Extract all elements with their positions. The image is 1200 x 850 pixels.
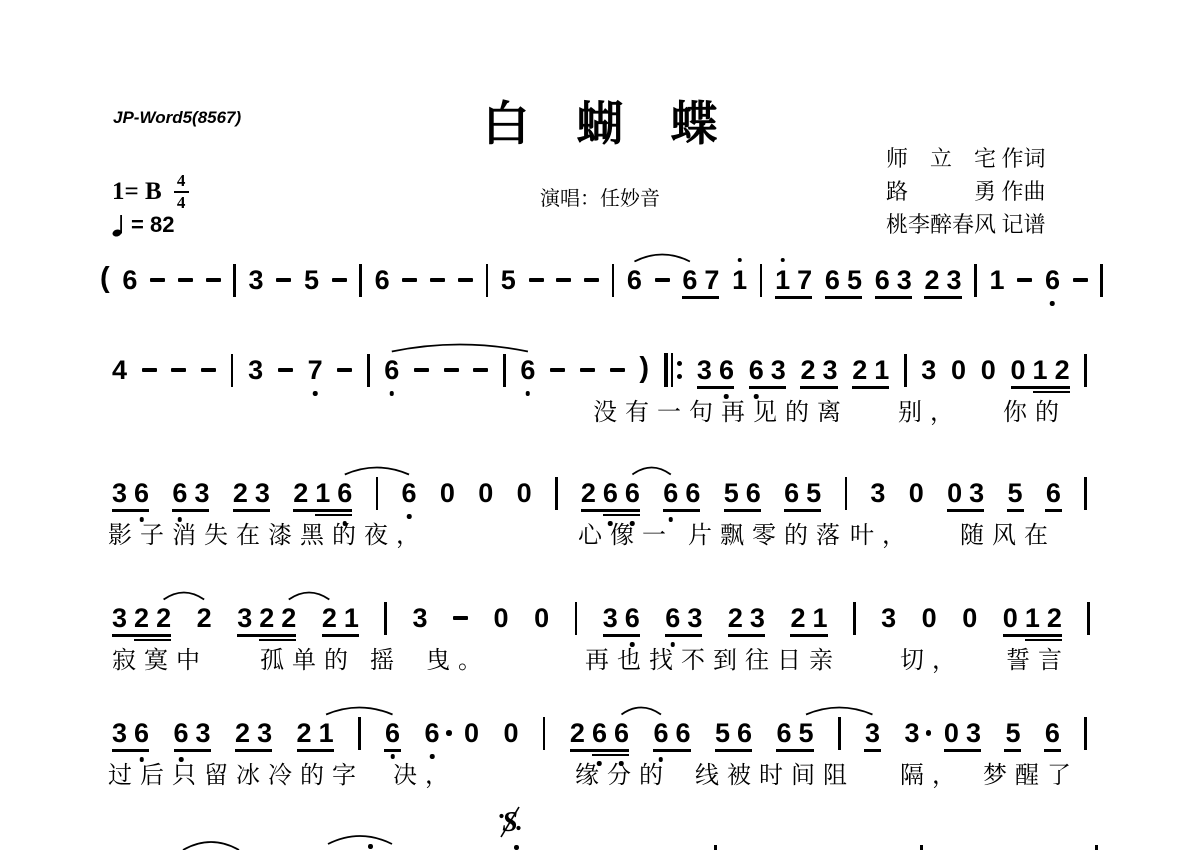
barline	[543, 717, 546, 750]
note: 3	[248, 357, 263, 384]
note: 6	[625, 480, 640, 507]
music-line-5: 366323216600266665665330356	[112, 715, 1087, 751]
note: 3	[881, 605, 896, 632]
note: 2	[1055, 357, 1070, 384]
repeat-thin-bar	[671, 353, 673, 387]
beam	[112, 749, 149, 752]
beam	[728, 634, 765, 637]
duration-dash	[332, 278, 347, 282]
note: 3	[112, 480, 127, 507]
beamed-group: 66	[663, 480, 700, 507]
beam	[1011, 386, 1070, 389]
beam	[570, 749, 629, 752]
note: 0	[494, 605, 509, 632]
duration-dash	[142, 368, 157, 372]
note: 2	[790, 605, 805, 632]
note: 2	[293, 480, 308, 507]
lyrics-segment: 摇	[370, 640, 402, 675]
note: 6	[384, 357, 399, 384]
beam	[924, 296, 961, 299]
note: 6	[653, 720, 668, 747]
note: 1	[315, 480, 330, 507]
note: 3	[771, 357, 786, 384]
note: 5	[304, 267, 319, 294]
lyrics-segment: 孤单的	[260, 640, 356, 675]
duration-dash	[584, 278, 599, 282]
note: 0	[962, 605, 977, 632]
beamed-group: 65	[784, 480, 821, 507]
note: 6	[134, 720, 149, 747]
note: 6	[665, 605, 680, 632]
note: 1	[732, 267, 747, 294]
note: 2	[281, 605, 296, 632]
beam	[112, 634, 171, 637]
note: 2	[728, 605, 743, 632]
barline	[231, 354, 234, 387]
lyrics-segment: 片飘零的落	[688, 515, 848, 550]
note: 1	[813, 605, 828, 632]
repeat-start-sign	[664, 353, 683, 387]
barline	[503, 354, 506, 387]
beamed-group: 21	[790, 605, 827, 632]
note: 1	[1025, 605, 1040, 632]
repeat-dot	[677, 374, 682, 379]
note: 5	[847, 267, 862, 294]
beamed-group: 012	[1011, 357, 1070, 384]
note: 2	[570, 720, 585, 747]
note: 6	[614, 720, 629, 747]
slur	[806, 708, 872, 715]
duration-dash	[556, 278, 571, 282]
note: 0	[951, 357, 966, 384]
note: 5	[724, 480, 739, 507]
parenthesis: )	[639, 354, 649, 383]
sheet-music-page: JP-Word5(8567) 白 蝴 蝶 演唱：任妙音 师 立 宅 作词路 勇 …	[0, 0, 1200, 850]
note: 3	[697, 357, 712, 384]
note: 3	[237, 605, 252, 632]
duration-dash	[337, 368, 352, 372]
slur	[632, 468, 670, 475]
lyrics-segment: 梦醒了	[983, 755, 1079, 790]
note: 3	[904, 720, 919, 747]
beam	[852, 386, 889, 389]
note: 2	[924, 267, 939, 294]
duration-dash	[201, 368, 216, 372]
music-line-4: 32223222130036632321300012	[112, 600, 1090, 636]
lyrics-segment: 誓言	[1006, 640, 1070, 675]
note: 3	[897, 267, 912, 294]
note: 2	[322, 605, 337, 632]
repeat-dot	[677, 361, 682, 366]
octave-low-dot	[1050, 301, 1055, 306]
barline	[376, 477, 379, 510]
lyrics-segment: 你的	[1003, 392, 1067, 427]
lyrics-segment: 随风在	[960, 515, 1056, 550]
slur	[289, 593, 330, 600]
note: 2	[259, 605, 274, 632]
duration-dash	[473, 368, 488, 372]
note: 6	[337, 480, 352, 507]
beam	[653, 749, 690, 752]
barline	[904, 354, 907, 387]
barline	[233, 264, 236, 297]
augmentation-dot	[926, 730, 932, 736]
note: 3	[750, 605, 765, 632]
lyrics-segment: 没有一句再见的离	[593, 392, 849, 427]
beamed-group: 23	[233, 480, 270, 507]
lyrics-segment: 线被时间阻	[695, 755, 855, 790]
note: 3	[257, 720, 272, 747]
beamed-group: 65	[776, 720, 813, 747]
beamed-group: 03	[947, 480, 984, 507]
tempo-value: = 82	[131, 212, 174, 238]
slur	[621, 708, 660, 715]
beamed-group: 266	[570, 720, 629, 747]
duration-dash	[171, 368, 186, 372]
note: 0	[517, 480, 532, 507]
tempo-marking: = 82	[112, 212, 174, 238]
note: 3	[112, 605, 127, 632]
duration-dash	[206, 278, 221, 282]
augmentation-dot	[446, 730, 452, 736]
note: 3	[870, 480, 885, 507]
beamed-group: 63	[665, 605, 702, 632]
note: 2	[134, 605, 149, 632]
barline	[974, 264, 977, 297]
note: 3	[412, 605, 427, 632]
note: 7	[797, 267, 812, 294]
note: 2	[197, 605, 212, 632]
key-label: 1= B	[112, 178, 162, 206]
beamed-group: 66	[653, 720, 690, 747]
note: 3	[255, 480, 270, 507]
note: 2	[581, 480, 596, 507]
barline	[359, 264, 362, 297]
octave-dot-fragment	[514, 845, 519, 850]
barline	[1084, 354, 1087, 387]
barline	[845, 477, 848, 510]
beamed-group: 36	[697, 357, 734, 384]
note: 6	[746, 480, 761, 507]
note: 5	[799, 720, 814, 747]
beam	[174, 749, 211, 752]
octave-dot-fragment	[368, 844, 373, 849]
note: 6	[784, 480, 799, 507]
barline	[838, 717, 841, 750]
slur	[345, 468, 409, 475]
note: 2	[156, 605, 171, 632]
note: 0	[909, 480, 924, 507]
slur	[326, 708, 392, 715]
duration-dash	[610, 368, 625, 372]
note: 6	[385, 720, 400, 747]
note: 0	[947, 480, 962, 507]
beam	[235, 749, 272, 752]
note: 3	[194, 480, 209, 507]
note: 7	[704, 267, 719, 294]
note: 5	[806, 480, 821, 507]
barline	[612, 264, 615, 297]
note: 2	[800, 357, 815, 384]
parenthesis: (	[100, 264, 110, 293]
beamed-group: 36	[112, 480, 149, 507]
beam	[581, 509, 640, 512]
duration-dash	[150, 278, 165, 282]
beam	[682, 296, 719, 299]
octave-low-dot	[526, 391, 531, 396]
beamed-group: 56	[715, 720, 752, 747]
note: 6	[520, 357, 535, 384]
duration-dash	[1073, 278, 1088, 282]
note: 2	[235, 720, 250, 747]
barline	[367, 354, 370, 387]
note: 6	[875, 267, 890, 294]
note: 6	[134, 480, 149, 507]
duration-dash	[444, 368, 459, 372]
note: 6	[1046, 480, 1061, 507]
beam	[297, 749, 334, 752]
beamed-group: 23	[728, 605, 765, 632]
lyrics-segment: 隔，	[900, 755, 964, 790]
note: 0	[534, 605, 549, 632]
note: 0	[1003, 605, 1018, 632]
credits: 师 立 宅 作词路 勇 作曲桃李醉春风 记谱	[886, 142, 1046, 241]
note: 3	[966, 720, 981, 747]
duration-dash	[276, 278, 291, 282]
key-signature: 1= B 4 4	[112, 172, 189, 211]
duration-dash	[550, 368, 565, 372]
note: 6	[625, 605, 640, 632]
note: 3	[969, 480, 984, 507]
beam	[724, 509, 761, 512]
note: 6	[1045, 720, 1060, 747]
lyrics-segment: 心像一	[578, 515, 674, 550]
duration-dash	[1017, 278, 1032, 282]
barline	[1084, 717, 1087, 750]
note: 3	[687, 605, 702, 632]
beamed-group: 23	[235, 720, 272, 747]
beamed-group: 322	[237, 605, 296, 632]
segno-icon: S	[497, 804, 523, 840]
lyrics-segment: 决，	[393, 755, 457, 790]
note: 6	[592, 720, 607, 747]
note: 6	[825, 267, 840, 294]
note: 3	[249, 267, 264, 294]
beamed-group: 63	[174, 720, 211, 747]
beamed-group: 23	[924, 267, 961, 294]
note: 3	[823, 357, 838, 384]
lyrics-segment: 切，	[900, 640, 964, 675]
beam	[947, 509, 984, 512]
beamed-group: 63	[875, 267, 912, 294]
beamed-group: 322	[112, 605, 171, 632]
note: 3	[921, 357, 936, 384]
time-denominator: 4	[177, 194, 186, 211]
note: 6	[172, 480, 187, 507]
note: 5	[501, 267, 516, 294]
beamed-group: 012	[1003, 605, 1062, 632]
music-line-1: (6356566711765632316	[100, 262, 1103, 298]
note: 1	[989, 267, 1004, 294]
note: 6	[682, 267, 697, 294]
note: 0	[922, 605, 937, 632]
duration-dash	[529, 278, 544, 282]
beam	[293, 509, 352, 512]
lyrics-segment: 别，	[898, 392, 962, 427]
note: 6	[749, 357, 764, 384]
note: 6	[425, 720, 440, 747]
quarter-note-icon	[112, 212, 126, 238]
beam	[790, 634, 827, 637]
repeat-thick-bar	[664, 353, 669, 387]
duration-dash	[458, 278, 473, 282]
note: 6	[719, 357, 734, 384]
barline	[358, 717, 361, 750]
note: 6	[174, 720, 189, 747]
note: 0	[1011, 357, 1026, 384]
barline	[853, 602, 856, 635]
beam	[776, 749, 813, 752]
note: 3	[947, 267, 962, 294]
duration-dash	[178, 278, 193, 282]
note: 6	[402, 480, 417, 507]
barline	[384, 602, 387, 635]
beam	[697, 386, 734, 389]
lyrics-segment: 寂寞中	[112, 640, 208, 675]
duration-dash	[414, 368, 429, 372]
beam	[663, 509, 700, 512]
repeat-dots	[677, 361, 682, 379]
note: 0	[464, 720, 479, 747]
beam	[665, 634, 702, 637]
barline	[1087, 602, 1090, 635]
beamed-group: 65	[825, 267, 862, 294]
beam	[825, 296, 862, 299]
beamed-group: 36	[112, 720, 149, 747]
octave-high-dot	[737, 258, 742, 263]
note: 6	[122, 267, 137, 294]
beamed-group: 17	[775, 267, 812, 294]
note: 1	[775, 267, 790, 294]
note: 6	[776, 720, 791, 747]
beamed-group: 266	[581, 480, 640, 507]
barline	[1100, 264, 1103, 297]
note: 3	[112, 720, 127, 747]
note: 6	[627, 267, 642, 294]
note: 6	[675, 720, 690, 747]
barline	[555, 477, 558, 510]
note: 6	[685, 480, 700, 507]
note: 0	[981, 357, 996, 384]
note: 4	[112, 357, 127, 384]
note: 5	[1008, 480, 1023, 507]
beamed-group: 21	[852, 357, 889, 384]
slur-fragment	[183, 842, 239, 850]
beam	[775, 296, 812, 299]
beam	[1003, 634, 1062, 637]
lyrics-segment: 影子消失在漆黑的夜，	[108, 515, 428, 550]
beam	[944, 749, 981, 752]
note: 1	[319, 720, 334, 747]
duration-dash	[278, 368, 293, 372]
beam	[749, 386, 786, 389]
beam	[172, 509, 209, 512]
beamed-group: 36	[603, 605, 640, 632]
lyrics-segment: 过后只留冰冷的字	[108, 755, 364, 790]
beamed-group: 216	[293, 480, 352, 507]
slur	[392, 345, 528, 352]
note: 6	[603, 480, 618, 507]
note: 5	[1005, 720, 1020, 747]
note: 6	[1045, 267, 1060, 294]
lyrics-segment: 再也找不到往日亲	[585, 640, 841, 675]
beam	[322, 634, 359, 637]
note: 3	[196, 720, 211, 747]
duration-dash	[402, 278, 417, 282]
note: 0	[440, 480, 455, 507]
music-line-2: 43766)36632321300012	[112, 352, 1087, 388]
note: 2	[233, 480, 248, 507]
note: 5	[715, 720, 730, 747]
note: 6	[663, 480, 678, 507]
beamed-group: 63	[749, 357, 786, 384]
slur	[634, 255, 689, 262]
note: 0	[503, 720, 518, 747]
note: 1	[1033, 357, 1048, 384]
beam	[237, 634, 296, 637]
beam	[875, 296, 912, 299]
credit-line: 桃李醉春风 记谱	[886, 208, 1046, 241]
duration-dash	[655, 278, 670, 282]
slur-fragment	[328, 836, 392, 844]
note: 6	[375, 267, 390, 294]
credit-line: 路 勇 作曲	[886, 175, 1046, 208]
note: 0	[944, 720, 959, 747]
note: 2	[297, 720, 312, 747]
duration-dash	[453, 616, 468, 620]
beam	[800, 386, 837, 389]
beamed-group: 23	[800, 357, 837, 384]
note: 0	[478, 480, 493, 507]
barline	[575, 602, 578, 635]
barline-fragment	[920, 845, 923, 850]
note: 1	[344, 605, 359, 632]
barline	[486, 264, 489, 297]
octave-high-dot	[780, 258, 785, 263]
note: 2	[1047, 605, 1062, 632]
note: 2	[852, 357, 867, 384]
credit-line: 师 立 宅 作词	[886, 142, 1046, 175]
lyrics-segment: 曳。	[426, 640, 490, 675]
duration-dash	[430, 278, 445, 282]
time-signature: 4 4	[174, 172, 189, 211]
beamed-group: 63	[172, 480, 209, 507]
octave-low-dot	[313, 391, 318, 396]
barline	[1084, 477, 1087, 510]
note: 3	[603, 605, 618, 632]
duration-dash	[580, 368, 595, 372]
beamed-group: 56	[724, 480, 761, 507]
barline	[760, 264, 763, 297]
beam	[715, 749, 752, 752]
music-line-3: 3663232166000266665665300356	[112, 475, 1087, 511]
note: 6	[737, 720, 752, 747]
barline-fragment	[714, 845, 717, 850]
note: 3	[865, 720, 880, 747]
beam	[233, 509, 270, 512]
beamed-group: 03	[944, 720, 981, 747]
lyrics-segment: 缘分的	[575, 755, 671, 790]
